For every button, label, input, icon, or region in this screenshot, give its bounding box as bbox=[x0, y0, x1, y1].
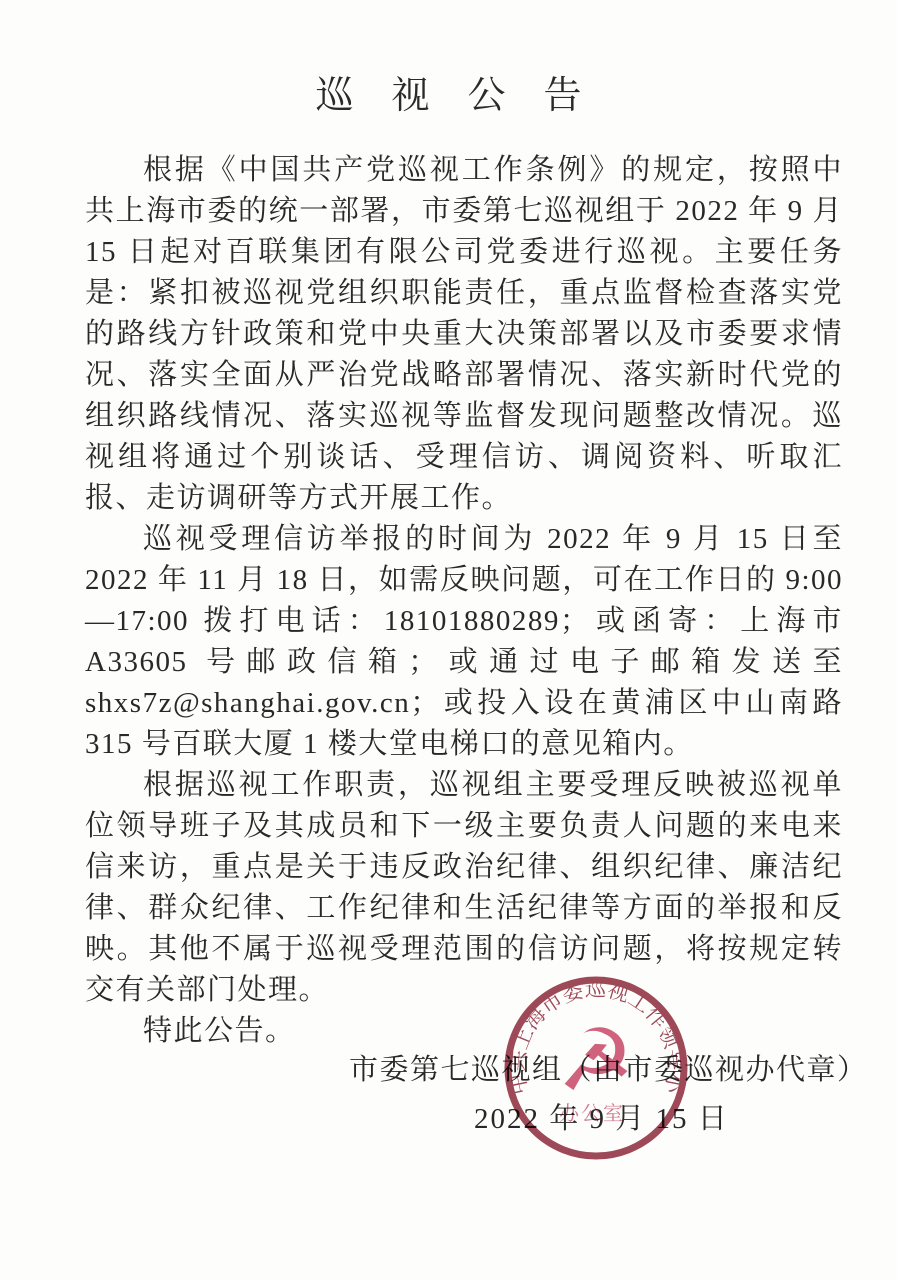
body-paragraph-2: 巡视受理信访举报的时间为 2022 年 9 月 15 日至 2022 年 11 … bbox=[85, 519, 843, 765]
signature-date: 2022 年 9 月 15 日 bbox=[474, 1096, 729, 1137]
document-title: 巡 视 公 告 bbox=[0, 64, 897, 119]
body-paragraph-1: 根据《中国共产党巡视工作条例》的规定，按照中共上海市委的统一部署，市委第七巡视组… bbox=[85, 150, 843, 519]
notice-document-page: 巡 视 公 告 根据《中国共产党巡视工作条例》的规定，按照中共上海市委的统一部署… bbox=[0, 0, 897, 1280]
body-paragraph-4: 特此公告。 bbox=[85, 1011, 843, 1052]
body-paragraph-3: 根据巡视工作职责，巡视组主要受理反映被巡视单位领导班子及其成员和下一级主要负责人… bbox=[85, 765, 843, 1011]
signature-organization: 市委第七巡视组（由市委巡视办代章） bbox=[349, 1047, 868, 1088]
document-body: 根据《中国共产党巡视工作条例》的规定，按照中共上海市委的统一部署，市委第七巡视组… bbox=[85, 150, 843, 1052]
